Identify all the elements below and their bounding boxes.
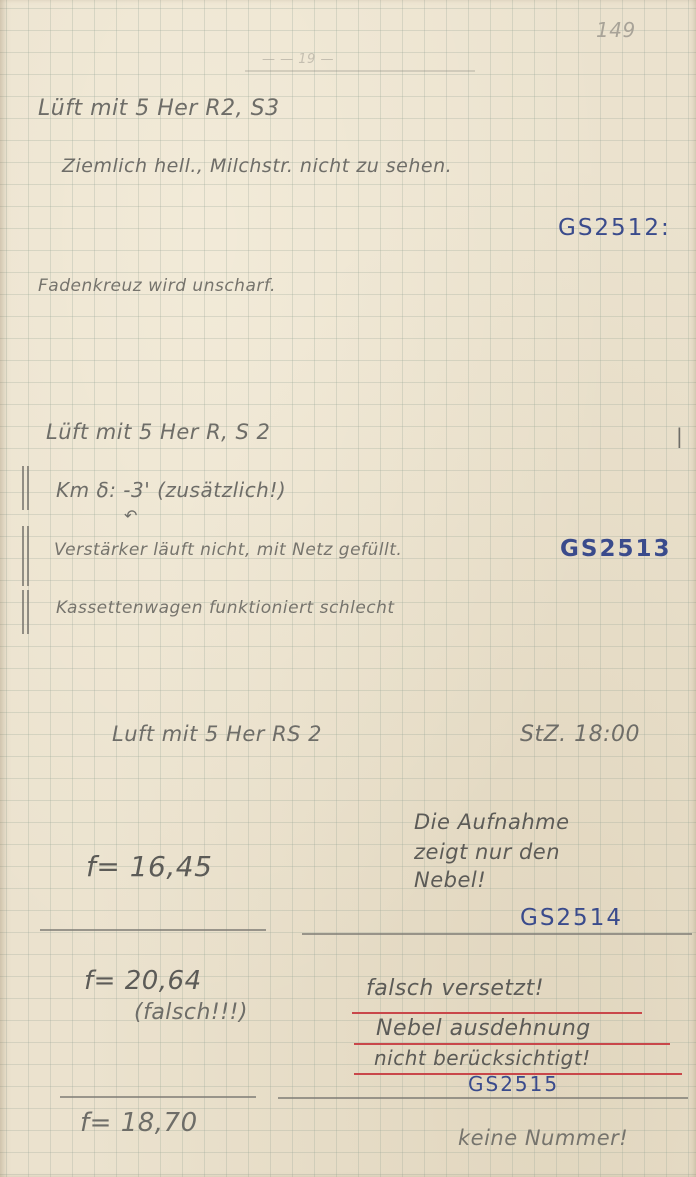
margin-bar-2b bbox=[27, 526, 29, 586]
entry4-note-line-2: zeigt nur den bbox=[414, 840, 560, 864]
entry1-note: Ziemlich hell., Milchstr. nicht zu sehen… bbox=[62, 155, 452, 177]
entry3-time: StZ. 18:00 bbox=[520, 722, 640, 747]
arrow-icon: ↶ bbox=[124, 506, 138, 525]
red-underline-1 bbox=[352, 1012, 642, 1014]
entry5-value-note: (falsch!!!) bbox=[134, 1000, 248, 1025]
divider-left-2 bbox=[60, 1096, 256, 1098]
entry5-value: f= 20,64 bbox=[84, 966, 202, 996]
faded-header-rule bbox=[245, 70, 475, 72]
margin-mark: | bbox=[676, 424, 683, 448]
divider-right-2 bbox=[278, 1097, 688, 1099]
entry4-plate-id: GS2514 bbox=[520, 905, 623, 931]
entry2-heading: Lüft mit 5 Her R, S 2 bbox=[46, 420, 270, 444]
faded-header: — — 19 — bbox=[262, 52, 334, 67]
margin-bar-3b bbox=[27, 590, 29, 634]
margin-bar-1b bbox=[27, 466, 29, 510]
entry2-plate-id: GS2513 bbox=[560, 536, 671, 562]
entry1-remark: Fadenkreuz wird unscharf. bbox=[38, 276, 276, 296]
margin-bar-1a bbox=[22, 466, 24, 510]
entry2-note-1: Km δ: -3' (zusätzlich!) bbox=[56, 478, 286, 502]
entry1-plate-id: GS2512: bbox=[558, 215, 671, 241]
entry2-note-2: Verstärker läuft nicht, mit Netz gefüllt… bbox=[54, 540, 402, 560]
entry4-note-line-3: Nebel! bbox=[414, 868, 486, 892]
entry5-plate-id: GS2515 bbox=[468, 1072, 559, 1096]
entry4-note-line-1: Die Aufnahme bbox=[414, 810, 570, 834]
entry2-note-3: Kassettenwagen funktioniert schlecht bbox=[56, 598, 395, 618]
entry5-note-line-3: nicht berücksichtigt! bbox=[374, 1046, 591, 1070]
entry5-note-line-2: Nebel ausdehnung bbox=[376, 1016, 591, 1041]
page-number: 149 bbox=[596, 18, 636, 42]
entry1-heading: Lüft mit 5 Her R2, S3 bbox=[38, 96, 280, 121]
entry5-note-line-1: falsch versetzt! bbox=[366, 976, 544, 1001]
entry6-value: f= 18,70 bbox=[80, 1108, 198, 1138]
red-underline-2 bbox=[354, 1043, 670, 1045]
divider-right-1 bbox=[302, 933, 692, 935]
entry6-note: keine Nummer! bbox=[458, 1126, 628, 1150]
margin-bar-2a bbox=[22, 526, 24, 586]
divider-left-1 bbox=[40, 929, 266, 931]
entry4-value: f= 16,45 bbox=[86, 850, 212, 883]
entry3-heading: Luft mit 5 Her RS 2 bbox=[112, 722, 322, 746]
margin-bar-3a bbox=[22, 590, 24, 634]
notebook-page: 149 — — 19 — Lüft mit 5 Her R2, S3 Zieml… bbox=[0, 0, 696, 1177]
